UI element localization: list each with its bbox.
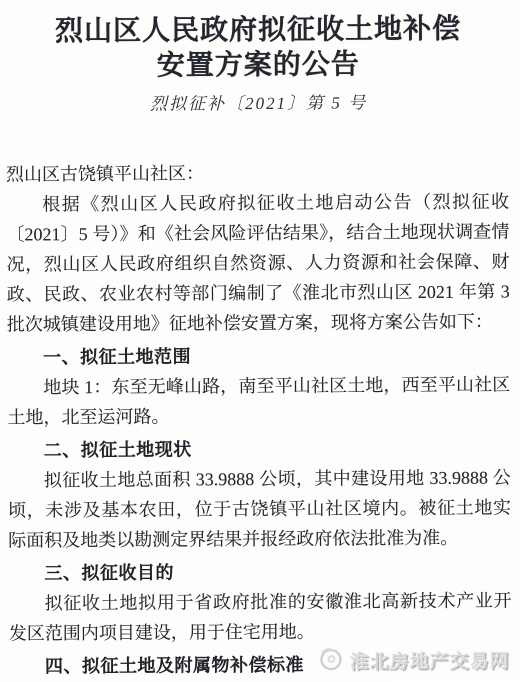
section-paragraph-2: 拟征收土地总面积 33.9888 公顷，其中建设用地 33.9888 公顷，未涉… <box>8 462 512 555</box>
intro-paragraph: 根据《烈山区人民政府拟征收土地启动公告（烈拟征收〔2021〕5 号）》和《社会风… <box>6 186 510 339</box>
section-heading-4: 四、拟征土地及附属物补偿标准 <box>9 648 512 681</box>
section-heading-3: 三、拟征收目的 <box>8 555 511 588</box>
page-title-line-2: 安置方案的公告 <box>0 46 518 84</box>
salutation: 烈山区古饶镇平山社区： <box>6 156 509 189</box>
document-header: 烈山区人民政府拟征收土地补偿 安置方案的公告 烈拟征补〔2021〕第 5 号 <box>0 0 519 118</box>
document-body: 烈山区古饶镇平山社区： 根据《烈山区人民政府拟征收土地启动公告（烈拟征收〔202… <box>6 156 512 681</box>
document-number: 烈拟征补〔2021〕第 5 号 <box>0 90 519 117</box>
section-paragraph-3: 拟征收土地拟用于省政府批准的安徽淮北高新技术产业开发区范围内项目建设，用于住宅用… <box>9 585 512 648</box>
page-title-line-1: 烈山区人民政府拟征收土地补偿 <box>0 11 518 49</box>
section-paragraph-1: 地块 1：东至无峰山路，南至平山社区土地，西至平山社区土地，北至运河路。 <box>7 369 510 432</box>
document-page: 烈山区人民政府拟征收土地补偿 安置方案的公告 烈拟征补〔2021〕第 5 号 烈… <box>0 0 520 682</box>
section-heading-1: 一、拟征土地范围 <box>7 339 510 372</box>
section-heading-2: 二、拟征土地现状 <box>8 432 511 465</box>
